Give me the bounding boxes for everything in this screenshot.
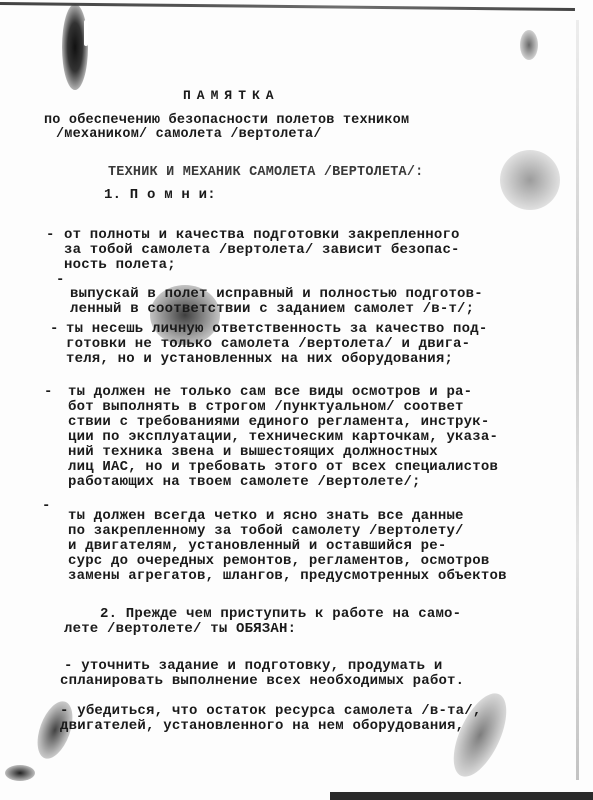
bullet-dash: - [46,227,54,243]
bullet-dash: - [42,498,50,514]
paragraph-line: спланировать выполнение всех необходимых… [60,673,464,689]
paragraph-line: двигателей, установленного на нем оборуд… [60,718,464,734]
paragraph-line: ность полета; [64,257,176,273]
bullet-dash: - [44,384,52,400]
paragraph-line: теля, но и установленных на них оборудов… [66,351,453,367]
paragraph-line: ствии с требованиями единого регламента,… [68,414,489,430]
bullet-dash: - [50,321,58,337]
paragraph-line: лиц ИАС, но и требовать этого от всех сп… [68,459,498,475]
ink-smudge-highlight [84,20,88,46]
bullet-dash: - [64,658,73,674]
paragraph-line: от полноты и качества подготовки закрепл… [64,227,460,243]
section-2-label: 2. Прежде чем приступить к работе на сам… [100,606,461,622]
section-1-label: 1. П о м н и: [104,187,216,203]
ink-smudge [500,150,560,210]
paragraph-line: готовки не только самолета /вертолета/ и… [66,336,470,352]
paragraph-line: ты несешь личную ответственность за каче… [66,321,487,337]
ink-smudge [62,4,88,90]
paper-right-edge [576,20,579,780]
paragraph-line: - убедиться, что остаток ресурса самолет… [60,703,481,719]
paragraph-line: ний техника звена и вышестоящих должност… [68,444,438,460]
paragraph-line: ленный в соответствии с заданием самолет… [70,301,474,317]
paragraph-line: - уточнить задание и подготовку, продума… [64,658,442,674]
paragraph-line: работающих на твоем самолете /вертолете/… [68,474,421,490]
paragraph-line: за тобой самолета /вертолета/ зависит бе… [64,242,460,258]
section-heading: ТЕХНИК И МЕХАНИК САМОЛЕТА /ВЕРТОЛЕТА/: [108,165,423,180]
paragraph-line: и двигателям, установленный и оставшийся… [68,538,446,554]
paragraph-line: ты должен всегда четко и ясно знать все … [68,508,464,524]
paragraph-line: ции по эксплуатации, техническим карточк… [68,429,498,445]
scanner-bottom-shadow [330,792,593,800]
document-title: ПАМЯТКА [183,88,280,103]
paragraph-line: выпускай в полет исправный и полностью п… [70,286,483,302]
paper-top-edge [0,2,575,11]
bullet-dash: - [56,272,64,288]
bullet-dash: - [60,703,69,719]
paragraph-line: по закрепленному за тобой самолету /верт… [68,523,464,539]
paragraph-line: ты должен не только сам все виды осмотро… [68,384,472,400]
paragraph-line: замены агрегатов, шлангов, предусмотренн… [68,568,507,584]
subtitle-line: по обеспечению безопасности полетов техн… [44,113,409,128]
ink-smudge [443,686,517,784]
subtitle-line: /механиком/ самолета /вертолета/ [56,127,322,142]
paragraph-line: сурс до очередных ремонтов, регламентов,… [68,553,489,569]
ink-smudge [520,30,538,60]
scanned-document-page: ПАМЯТКА по обеспечению безопасности поле… [0,0,593,800]
section-2-label: лете /вертолете/ ты ОБЯЗАН: [64,621,296,637]
paragraph-line: бот выполнять в строгом /пунктуальном/ с… [68,399,464,415]
ink-smudge [5,765,35,781]
